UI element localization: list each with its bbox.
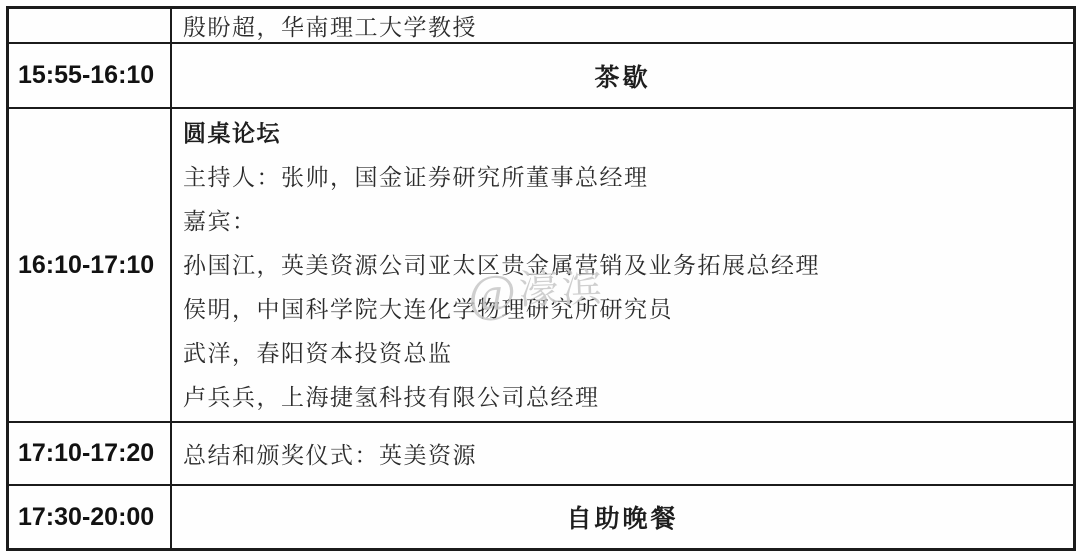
- time-cell-summary: 17:10-17:20: [9, 423, 172, 486]
- session-tea-break: 茶歇: [172, 44, 1073, 109]
- roundtable-guests-label: 嘉宾：: [183, 200, 1073, 244]
- agenda-screenshot: 殷盼超，华南理工大学教授 15:55-16:10 茶歇 16:10-17:10 …: [0, 0, 1080, 560]
- roundtable-title: 圆桌论坛: [183, 112, 1073, 156]
- time-cell-empty: [9, 9, 172, 44]
- session-buffet-dinner: 自助晚餐: [172, 486, 1073, 548]
- time-cell-tea-break: 15:55-16:10: [9, 44, 172, 109]
- roundtable-guest-hou: 侯明，中国科学院大连化学物理研究所研究员: [183, 288, 1073, 332]
- session-roundtable: 圆桌论坛 主持人：张帅，国金证券研究所董事总经理 嘉宾： 孙国江，英美资源公司亚…: [172, 109, 1073, 423]
- roundtable-host: 主持人：张帅，国金证券研究所董事总经理: [183, 156, 1073, 200]
- roundtable-guest-sun: 孙国江，英美资源公司亚太区贵金属营销及业务拓展总经理: [183, 244, 1073, 288]
- roundtable-guest-wu: 武洋，春阳资本投资总监: [183, 332, 1073, 376]
- time-cell-roundtable: 16:10-17:10: [9, 109, 172, 423]
- session-summary-awards: 总结和颁奖仪式：英美资源: [172, 423, 1073, 486]
- agenda-table: 殷盼超，华南理工大学教授 15:55-16:10 茶歇 16:10-17:10 …: [6, 6, 1076, 551]
- roundtable-guest-lu: 卢兵兵，上海捷氢科技有限公司总经理: [183, 376, 1073, 420]
- time-cell-dinner: 17:30-20:00: [9, 486, 172, 548]
- session-speaker-yin: 殷盼超，华南理工大学教授: [172, 9, 1073, 44]
